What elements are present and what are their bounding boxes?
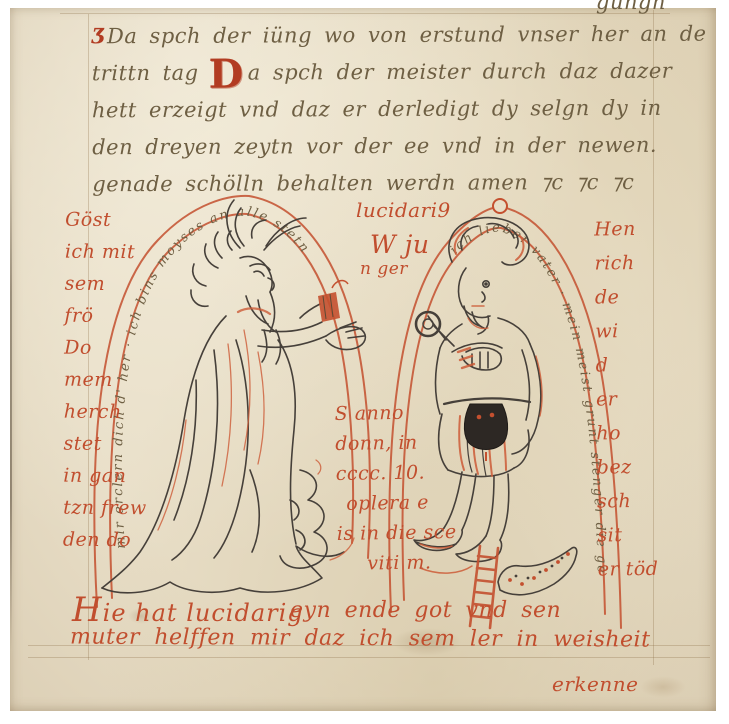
colophon-block: S anno donn, in cccc. 10. oplera e is in… (334, 397, 457, 579)
margin-word: wi (595, 314, 685, 349)
text-line-1: ƷDa spch der iüng wo von erstund vnser h… (92, 15, 667, 56)
margin-word: sit (597, 518, 687, 553)
margin-word: er töd (598, 552, 688, 587)
text-line-3: hett erzeigt vnd daz er derledigt dy sel… (92, 90, 667, 130)
margin-word: herch (64, 396, 159, 429)
margin-word: Göst (65, 204, 160, 237)
margin-word: ich mit (65, 236, 160, 269)
margin-word: rich (594, 246, 684, 281)
red-initial-D: D (208, 65, 243, 85)
right-margin-gloss: Hen rich de wi d er ho bez sch sit er tö… (594, 212, 688, 587)
margin-word: stet (63, 428, 158, 461)
left-margin-gloss: Göst ich mit sem frö Do mem herch stet i… (63, 204, 160, 557)
figure-label-lucidarius: lucidari9 W ju n ger (356, 198, 476, 279)
margin-word: tzn frew (63, 492, 158, 525)
margin-word: in gan (63, 460, 158, 493)
colophon-line: is in die sce (337, 517, 457, 549)
label-line: n ger (360, 259, 476, 279)
margin-word: ho (596, 416, 686, 451)
red-line-mark: Ʒ (92, 23, 106, 48)
bottom-text-line-3: erkenne (552, 672, 638, 696)
margin-word: er (596, 382, 686, 417)
margin-word: Hen (594, 212, 684, 247)
margin-word: bez (597, 450, 687, 485)
text-line-4: den dreyen zeytn vor der ee vnd in der n… (92, 127, 667, 167)
margin-word: Do (64, 332, 159, 365)
colophon-line: viti m. (367, 547, 457, 579)
margin-word: mem (64, 364, 159, 397)
colophon-line: S anno (334, 397, 454, 429)
main-text-block: ƷDa spch der iüng wo von erstund vnser h… (92, 15, 668, 204)
page-edge-shadow (10, 140, 12, 650)
cutoff-text-fragment: güngn (596, 0, 666, 14)
colophon-line: cccc. 10. (335, 457, 455, 489)
label-line: W ju (370, 230, 476, 259)
margin-word: d (595, 348, 685, 383)
margin-word: sem (65, 268, 160, 301)
manuscript-page: mir erclern dich d' her · ich bins moyse… (0, 0, 729, 724)
label-line: lucidari9 (356, 198, 476, 222)
ruling-line-top (60, 13, 670, 14)
margin-word: de (595, 280, 685, 315)
bottom-text-line-1b: eyn ende got vnd sen (290, 598, 561, 623)
margin-word: sch (597, 484, 687, 519)
margin-word: frö (64, 300, 159, 333)
bottom-text-line-2: muter helffen mir daz ich sem ler in wei… (70, 624, 651, 652)
ruling-line-bottom-2 (28, 657, 710, 658)
colophon-line: oplera e (346, 487, 456, 519)
margin-word: den do (63, 524, 158, 557)
text-line-2: trittn tagDa spch der meister durch daz … (92, 53, 667, 93)
colophon-line: donn, in (335, 427, 455, 459)
